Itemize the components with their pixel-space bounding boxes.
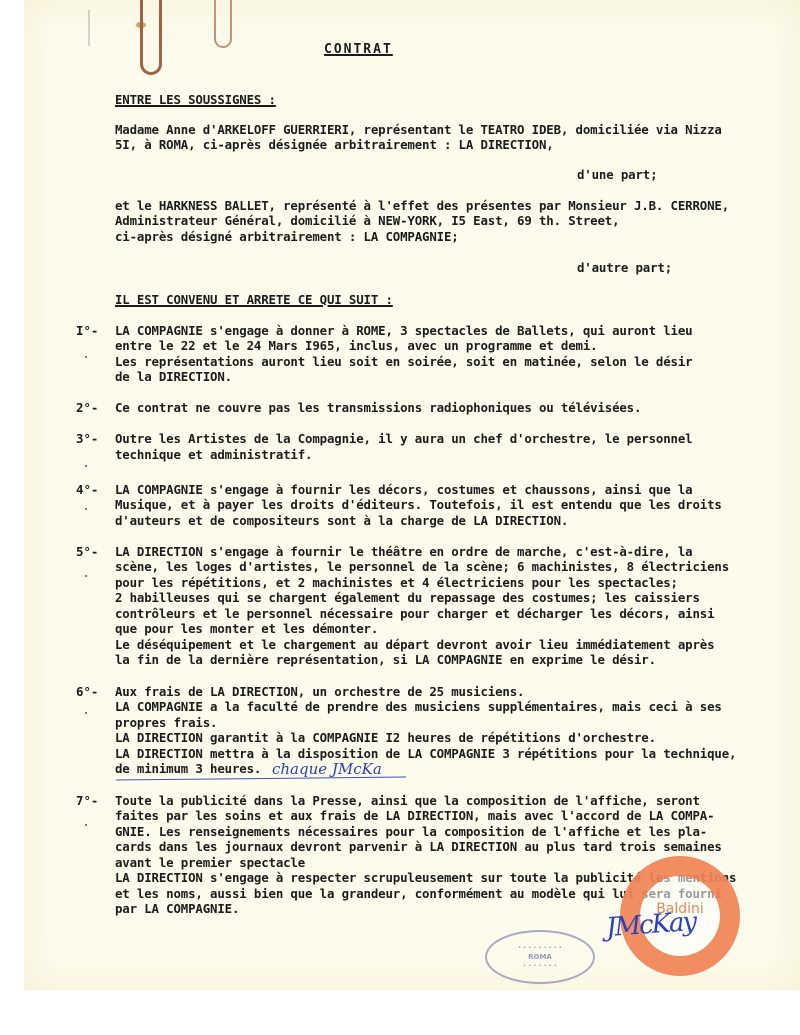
stamp-center-text: ROMA bbox=[528, 953, 552, 962]
clause-line: entre le 22 et le 24 Mars I965, inclus, … bbox=[115, 338, 597, 353]
parties-heading: ENTRE LES SOUSSIGNES : bbox=[115, 92, 276, 107]
clause-number: 3°- bbox=[76, 431, 98, 446]
clause-line: Les représentations auront lieu soit en … bbox=[115, 354, 692, 369]
oval-ink-stamp: · · · · · · · · · ROMA · · · · · · · bbox=[485, 930, 595, 984]
margin-mark bbox=[85, 508, 87, 510]
clause-line: Le déséquipement et le chargement au dép… bbox=[115, 637, 714, 652]
party1-line: 5I, à ROMA, ci-après désignée arbitraire… bbox=[115, 137, 554, 152]
stamp-text: · · · · · · · · · bbox=[518, 944, 561, 953]
clause-line: Outre les Artistes de la Compagnie, il y… bbox=[115, 431, 692, 446]
stain-mark bbox=[136, 22, 146, 28]
clause-line: la fin de la dernière représentation, si… bbox=[115, 652, 656, 667]
margin-mark bbox=[85, 465, 87, 467]
stain-mark bbox=[84, 10, 90, 46]
agreement-heading: IL EST CONVENU ET ARRETE CE QUI SUIT : bbox=[115, 292, 393, 307]
clause-line: faites par les soins et aux frais de LA … bbox=[115, 808, 714, 823]
clause-line: LA COMPAGNIE s'engage à donner à ROME, 3… bbox=[115, 323, 692, 338]
clause-line: GNIE. Les renseignements nécessaires pou… bbox=[115, 824, 707, 839]
party2-line: ci-après désigné arbitrairement : LA COM… bbox=[115, 229, 459, 244]
clause-line: LA DIRECTION mettra à la disposition de … bbox=[115, 746, 736, 761]
document-title: CONTRAT bbox=[324, 42, 393, 57]
margin-mark bbox=[85, 575, 87, 577]
clause-line: Toute la publicité dans la Presse, ainsi… bbox=[115, 793, 700, 808]
clause-number: 7°- bbox=[76, 793, 98, 808]
clause-line: cards dans les journaux devront parvenir… bbox=[115, 839, 722, 854]
clause-number: 4°- bbox=[76, 482, 98, 497]
clause-line: que pour les monter et les démonter. bbox=[115, 621, 378, 636]
clause-line: avant le premier spectacle bbox=[115, 855, 305, 870]
signature: JMcKay bbox=[605, 907, 696, 943]
margin-mark bbox=[85, 356, 87, 358]
clause-line: 2 habilleuses qui se chargent également … bbox=[115, 590, 700, 605]
clause-line: LA COMPAGNIE a la faculté de prendre des… bbox=[115, 699, 722, 714]
clause-line: d'auteurs et de compositeurs sont à la c… bbox=[115, 513, 568, 528]
party2-line: et le HARKNESS BALLET, représenté à l'ef… bbox=[115, 198, 729, 213]
stain-mark bbox=[214, 0, 232, 48]
clause-line: Ce contrat ne couvre pas les transmissio… bbox=[115, 400, 641, 415]
handwritten-annotation: chaque JMcKa bbox=[272, 760, 382, 778]
clause-number: 6°- bbox=[76, 684, 98, 699]
clause-line: LA DIRECTION garantit à la COMPAGNIE I2 … bbox=[115, 730, 656, 745]
clause-line: propres frais. bbox=[115, 715, 217, 730]
stain-mark bbox=[140, 0, 162, 75]
party1-close: d'une part; bbox=[577, 167, 657, 182]
clause-number: 5°- bbox=[76, 544, 98, 559]
clause-line: technique et administratif. bbox=[115, 447, 312, 462]
clause-line: pour les répétitions, et 2 machinistes e… bbox=[115, 575, 678, 590]
clause-line: Aux frais de LA DIRECTION, un orchestre … bbox=[115, 684, 524, 699]
margin-mark bbox=[85, 712, 87, 714]
clause-line: Musique, et à payer les droits d'éditeur… bbox=[115, 497, 722, 512]
clause-line: contrôleurs et le personnel nécessaire p… bbox=[115, 606, 714, 621]
margin-mark bbox=[85, 824, 87, 826]
clause-number: 2°- bbox=[76, 400, 98, 415]
clause-line: de minimum 3 heures. bbox=[115, 761, 261, 776]
stamp-text: · · · · · · · bbox=[523, 962, 556, 971]
party2-close: d'autre part; bbox=[577, 260, 672, 275]
clause-number: I°- bbox=[76, 323, 98, 338]
party1-line: Madame Anne d'ARKELOFF GUERRIERI, représ… bbox=[115, 122, 722, 137]
clause-line: LA DIRECTION s'engage à fournir le théât… bbox=[115, 544, 692, 559]
clause-line: LA COMPAGNIE s'engage à fournir les déco… bbox=[115, 482, 692, 497]
clause-line: scène, les loges d'artistes, le personne… bbox=[115, 559, 729, 574]
clause-line: de la DIRECTION. bbox=[115, 369, 232, 384]
clause-line: par LA COMPAGNIE. bbox=[115, 901, 239, 916]
party2-line: Administrateur Général, domicilié à NEW-… bbox=[115, 213, 619, 228]
